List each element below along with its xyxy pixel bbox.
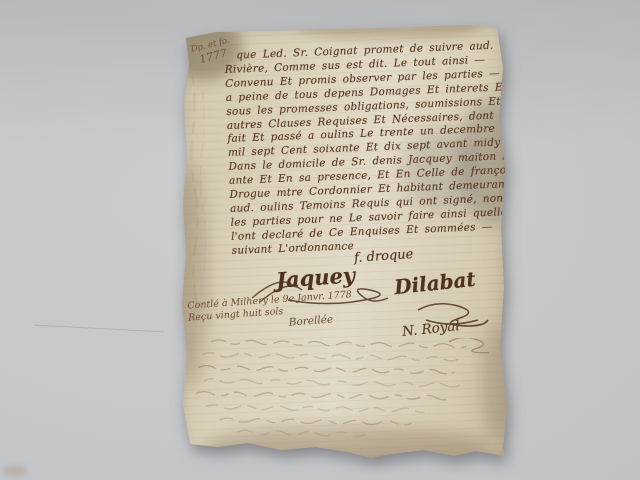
control-note: Contlé à Milhery le 9e Janvr. 1778 Reçu …	[187, 287, 379, 335]
manuscript-paper: Dp. et fo. 1777 que Led. Sr. Coignat pro…	[176, 22, 510, 460]
photo-of-manuscript: Dp. et fo. 1777 que Led. Sr. Coignat pro…	[0, 0, 640, 480]
paper-sheet: Dp. et fo. 1777 que Led. Sr. Coignat pro…	[176, 22, 510, 460]
signature-drogue: f. droque	[354, 247, 414, 266]
background-smudge	[2, 466, 28, 476]
background-scratch	[34, 325, 164, 333]
verso-show-through-text	[179, 333, 503, 449]
paper-stain-top-edge	[296, 14, 481, 40]
signature-dilabat: Dilabat	[393, 267, 477, 299]
signature-jacquey: Jaquey	[275, 262, 356, 292]
manuscript-body-text: que Led. Sr. Coignat promet de suivre au…	[224, 39, 508, 258]
